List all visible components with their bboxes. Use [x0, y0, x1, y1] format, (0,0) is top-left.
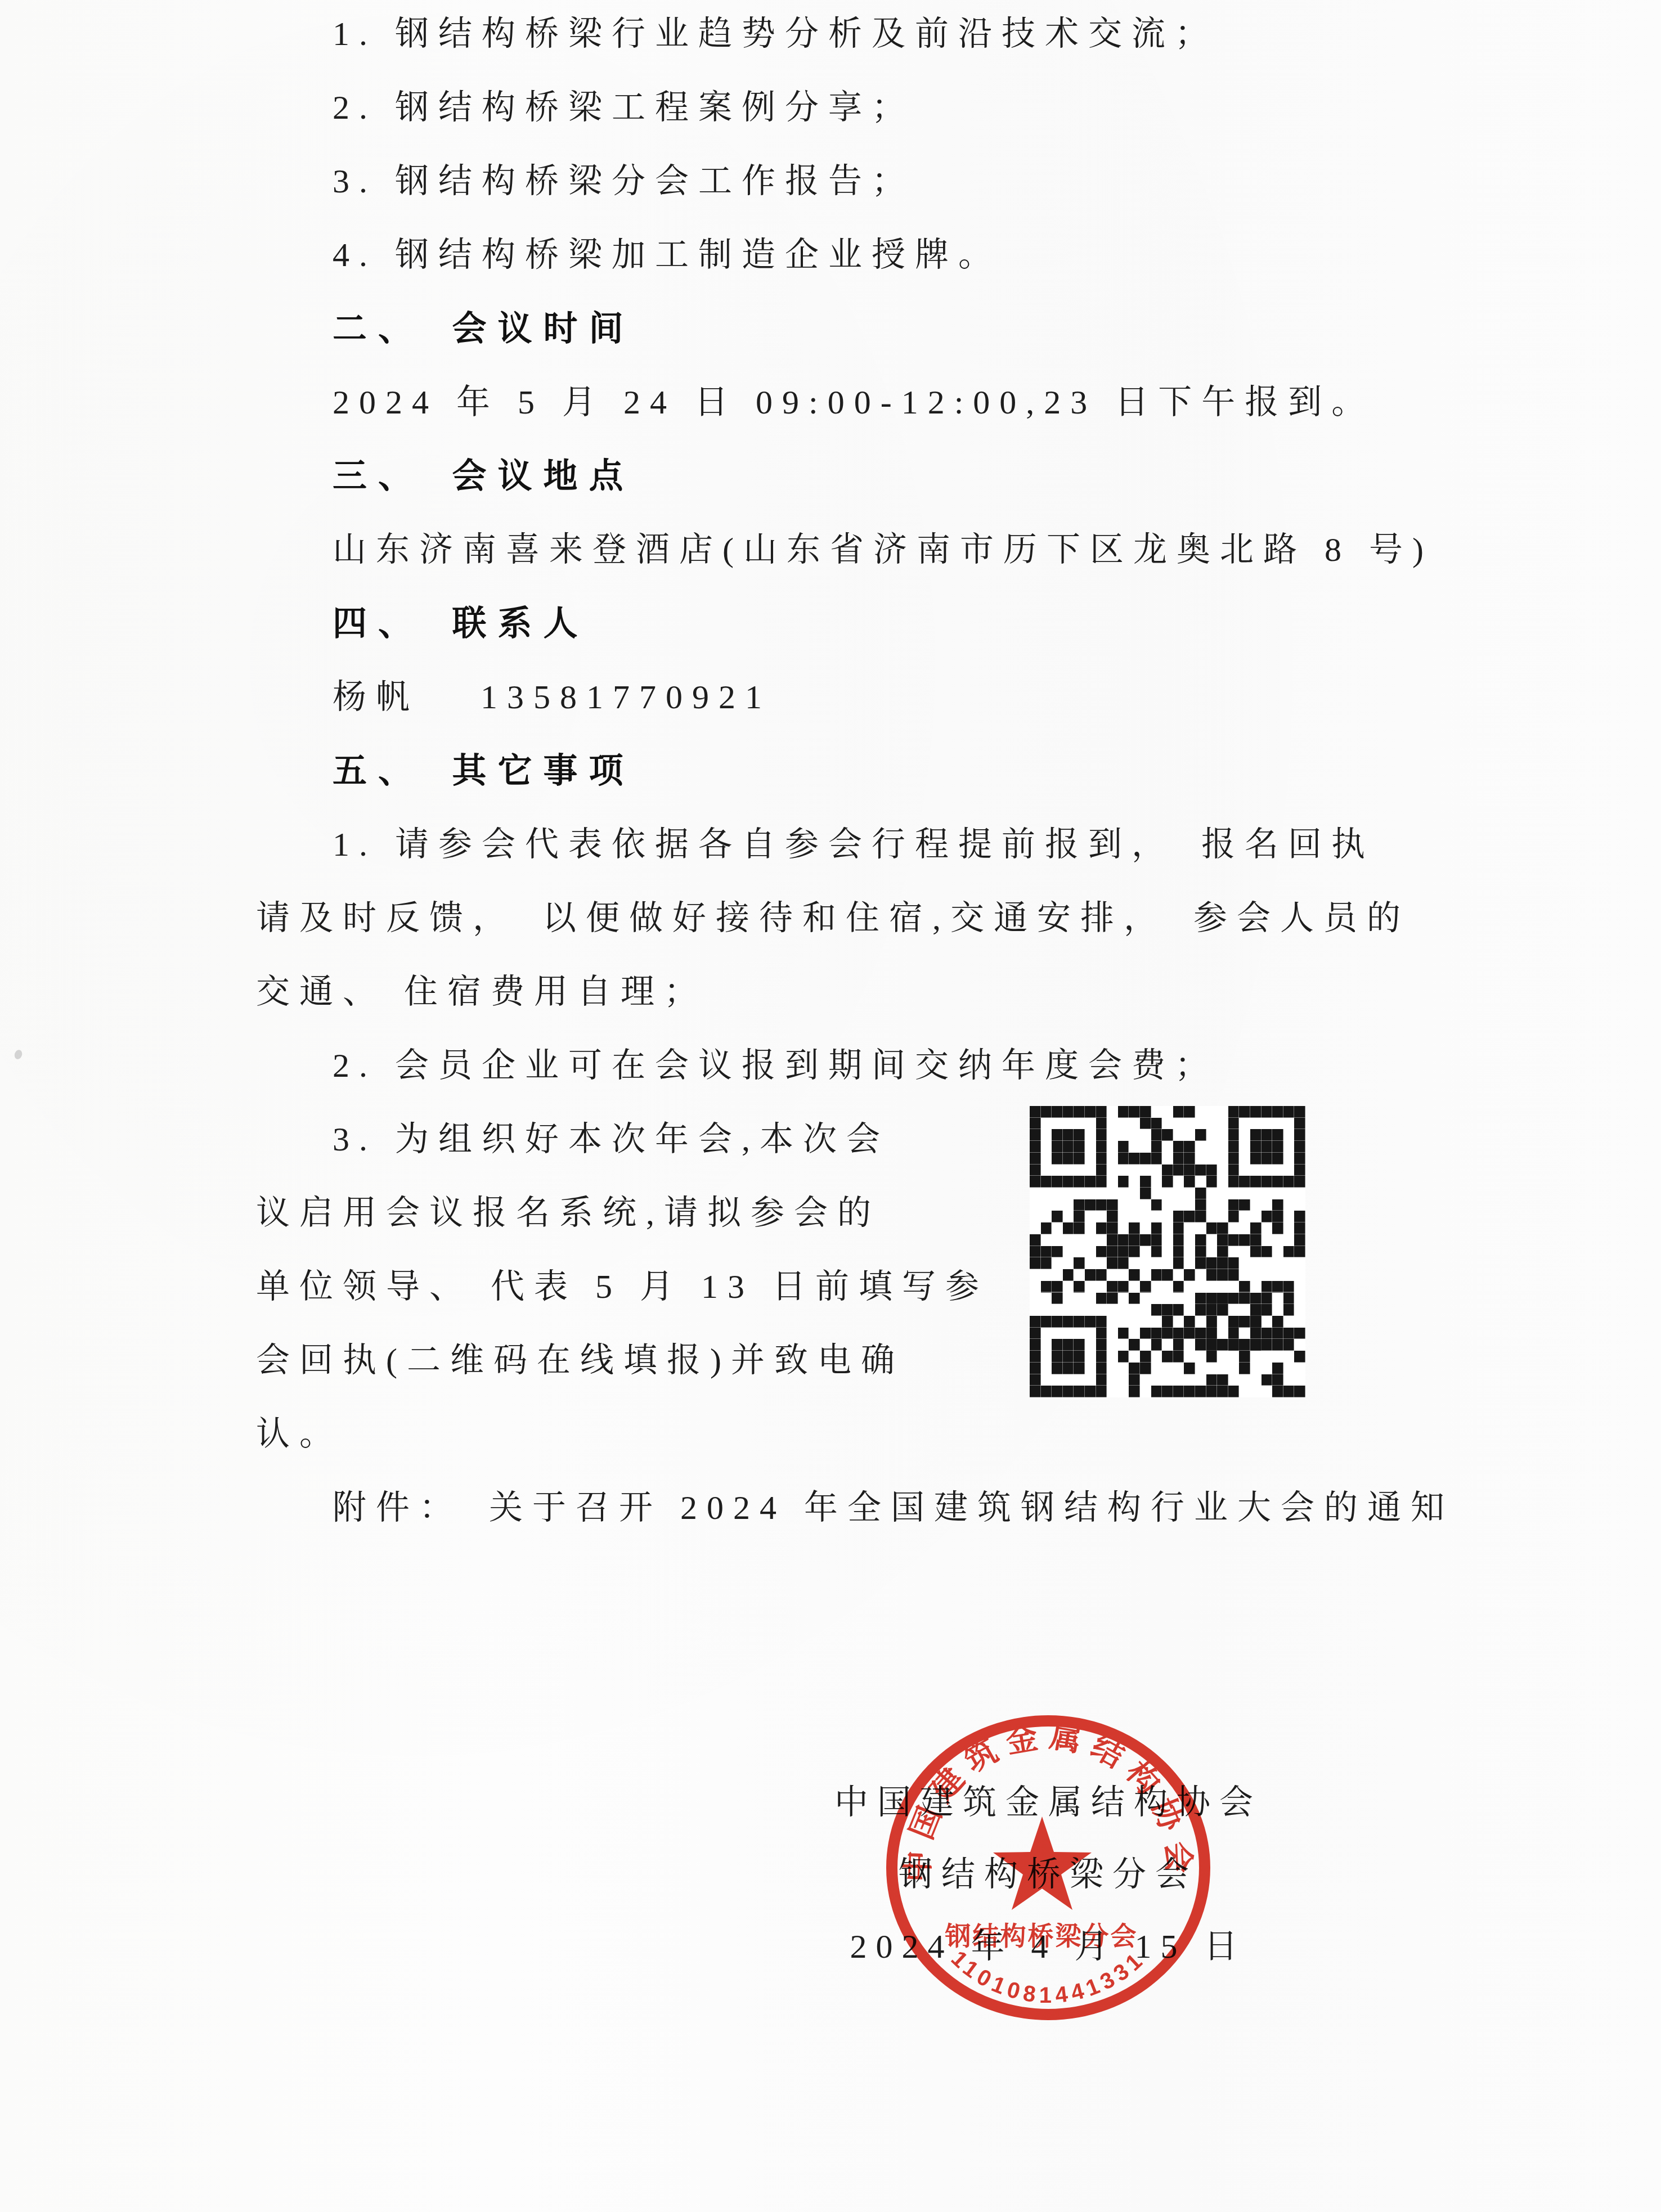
document-line: 单位领导、 代表 5 月 13 日前填写参	[256, 1250, 1492, 1324]
document-line: 会回执(二维码在线填报)并致电确	[256, 1324, 1492, 1397]
document-line: 议启用会议报名系统,请拟参会的	[256, 1176, 1492, 1250]
document-line: 2024 年 5 月 24 日 09:00-12:00,23 日下午报到。	[256, 366, 1492, 439]
scan-artifact-speck	[13, 1049, 23, 1060]
document-line: 三、 会议地点	[256, 439, 1492, 513]
notice-body: 1. 钢结构桥梁行业趋势分析及前沿技术交流；2. 钢结构桥梁工程案例分享；3. …	[256, 0, 1492, 1545]
document-line: 2. 钢结构桥梁工程案例分享；	[256, 71, 1492, 145]
star-icon	[993, 1817, 1092, 1910]
document-line: 五、 其它事项	[256, 734, 1492, 808]
document-line: 2. 会员企业可在会议报到期间交纳年度会费；	[256, 1029, 1492, 1103]
document-line: 请及时反馈， 以便做好接待和住宿,交通安排， 参会人员的	[256, 882, 1492, 955]
qr-code	[1030, 1106, 1305, 1397]
official-seal-graphic: 中国建筑金属结构协会 钢结构桥梁分会 1101081441331	[879, 1699, 1217, 2036]
seal-inner-text: 钢结构桥梁分会	[945, 1921, 1138, 1950]
document-line: 交通、 住宿费用自理；	[256, 955, 1492, 1029]
document-line: 3. 钢结构桥梁分会工作报告；	[256, 145, 1492, 218]
document-line: 二、 会议时间	[256, 292, 1492, 366]
document-line: 4. 钢结构桥梁加工制造企业授牌。	[256, 218, 1492, 292]
document-line: 1. 钢结构桥梁行业趋势分析及前沿技术交流；	[256, 0, 1492, 71]
official-seal: 中国建筑金属结构协会 钢结构桥梁分会 1101081441331	[879, 1699, 1217, 2036]
scanned-notice-page: 1. 钢结构桥梁行业趋势分析及前沿技术交流；2. 钢结构桥梁工程案例分享；3. …	[0, 0, 1661, 2212]
document-line: 杨帆 13581770921	[256, 660, 1492, 734]
document-line: 1. 请参会代表依据各自参会行程提前报到， 报名回执	[256, 808, 1492, 882]
document-line: 山东济南喜来登酒店(山东省济南市历下区龙奥北路 8 号)	[256, 513, 1492, 587]
document-line: 认。	[256, 1397, 1492, 1471]
document-line: 3. 为组织好本次年会,本次会	[256, 1103, 1492, 1176]
document-line: 四、 联系人	[256, 587, 1492, 660]
document-line: 附件： 关于召开 2024 年全国建筑钢结构行业大会的通知	[256, 1471, 1492, 1545]
